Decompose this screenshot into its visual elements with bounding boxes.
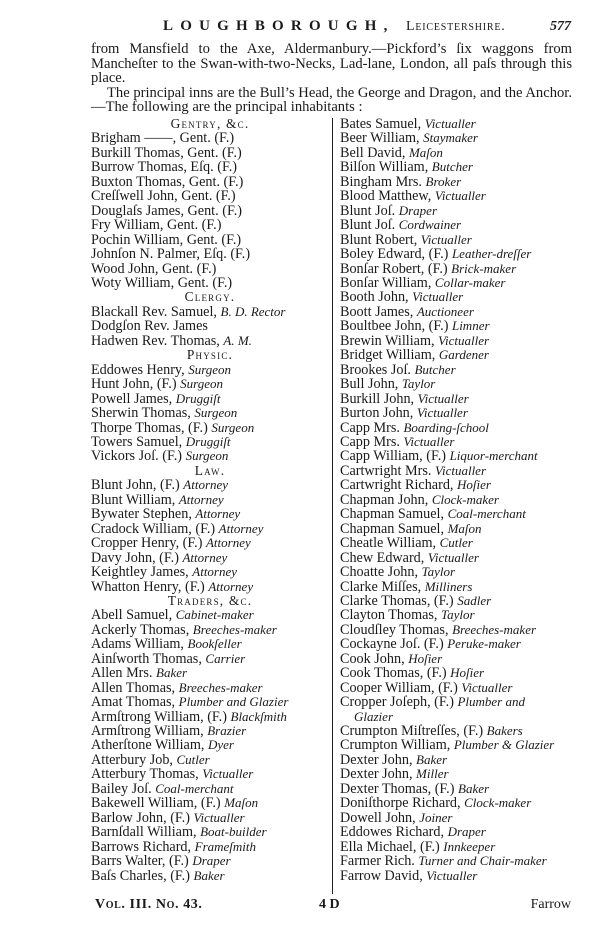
entry-occupation: Victualler [412,289,463,304]
directory-entry: Cockayne Joſ. (F.) Peruke-maker [340,637,575,651]
directory-entry: Thorpe Thomas, (F.) Surgeon [91,421,329,435]
directory-entry: Armſtrong William, Brazier [91,724,329,738]
entry-occupation: Coal-merchant [448,506,526,521]
directory-entry: Dexter Thomas, (F.) Baker [340,782,575,796]
entry-name: Baſs Charles, (F.) [91,868,190,884]
entry-occupation: Attorney [179,492,224,507]
directory-entry: Boultbee John, (F.) Limner [340,319,575,333]
directory-entry: Cook Thomas, (F.) Hoſier [340,666,575,680]
book-page: LOUGHBOROUGH, Leicestershire. 577 from M… [0,0,600,950]
entry-occupation: Glazier [354,709,393,724]
directory-entry: Bywater Stephen, Attorney [91,507,329,521]
directory-entry: Johnſon N. Palmer, Eſq. (F.) [91,247,329,261]
directory-entry: Pochin William, Gent. (F.) [91,233,329,247]
directory-entry: Clayton Thomas, Taylor [340,608,575,622]
directory-entry: Barnſdall William, Boat-builder [91,825,329,839]
entry-occupation: Victualler [403,434,454,449]
directory-entry: Dowell John, Joiner [340,811,575,825]
directory-entry: Capp Mrs. Victualler [340,435,575,449]
entry-occupation: Plumber & Glazier [454,737,554,752]
entry-occupation: Cabinet-maker [176,607,254,622]
entry-occupation: Limner [452,318,490,333]
directory-entry: Burkill John, Victualler [340,392,575,406]
entry-occupation: Victualler [426,868,477,883]
directory-entry: Chapman John, Clock-maker [340,493,575,507]
entry-occupation: Baker [458,781,489,796]
directory-entry: Atherſtone William, Dyer [91,738,329,752]
directory-entry: Davy John, (F.) Attorney [91,551,329,565]
page-footer: Vol. III. No. 43. 4 D Farrow [90,897,575,915]
directory-entry: Cropper Henry, (F.) Attorney [91,536,329,550]
header-county: Leicestershire. [406,19,506,35]
entry-occupation: Maſon [448,521,482,536]
entry-occupation: Dyer [208,737,234,752]
entry-occupation: Draper [399,203,437,218]
entry-occupation: Victualler [417,405,468,420]
entry-occupation: Victualler [438,333,489,348]
directory-entry: Powell James, Druggiſt [91,392,329,406]
directory-entry: Cartwright Richard, Hoſier [340,478,575,492]
directory-entry: Whatton Henry, (F.) Attorney [91,580,329,594]
directory-entry: Douglaſs James, Gent. (F.) [91,204,329,218]
directory-entry: Keightley James, Attorney [91,565,329,579]
directory-entry: Atterbury Job, Cutler [91,753,329,767]
entry-occupation: Attorney [192,564,237,579]
directory-entry: Vickors Joſ. (F.) Surgeon [91,449,329,463]
entry-occupation: Attorney [219,521,264,536]
entry-occupation: Maſon [224,795,258,810]
entry-occupation: Surgeon [186,448,229,463]
entry-occupation: Victualler [202,766,253,781]
entry-occupation: Blackſmith [231,709,287,724]
directory-entry: Sherwin Thomas, Surgeon [91,406,329,420]
entry-occupation: Draper [192,853,230,868]
directory-entry: Farrow David, Victualler [340,869,575,883]
entry-occupation: Victualler [194,810,245,825]
directory-entry: Fry William, Gent. (F.) [91,218,329,232]
directory-entry: Barrows Richard, Frameſmith [91,840,329,854]
directory-entry: Cook John, Hoſier [340,652,575,666]
directory-entry: Abell Samuel, Cabinet-maker [91,608,329,622]
entry-name: Farrow David, [340,868,423,884]
entry-occupation: Maſon [409,145,443,160]
directory-entry: Hadwen Rev. Thomas, A. M. [91,334,329,348]
entry-occupation: Baker [416,752,447,767]
directory-entry: Blunt Joſ. Cordwainer [340,218,575,232]
directory-entry: Choatte John, Taylor [340,565,575,579]
entry-occupation: Breeches-maker [193,622,277,637]
directory-entry: Burkill Thomas, Gent. (F.) [91,146,329,160]
directory-entry: Clarke Thomas, (F.) Sadler [340,594,575,608]
directory-entry: Baſs Charles, (F.) Baker [91,869,329,883]
directory-entry: Cloudſley Thomas, Breeches-maker [340,623,575,637]
entry-occupation: Attorney [182,550,227,565]
entry-occupation: Taylor [441,607,474,622]
directory-entry: Bell David, Maſon [340,146,575,160]
directory-entry: Clarke Miſſes, Milliners [340,580,575,594]
entry-occupation: Surgeon [211,420,254,435]
entry-occupation: Bakers [487,723,523,738]
entry-occupation: Clock-maker [432,492,499,507]
entry-occupation: Staymaker [423,130,478,145]
directory-entry: Barlow John, (F.) Victualler [91,811,329,825]
section-heading: Law. [91,464,329,478]
entry-occupation: Miller [416,766,449,781]
directory-entry: Boott James, Auctioneer [340,305,575,319]
entry-occupation: Cutler [177,752,210,767]
directory-entry: Blood Matthew, Victualler [340,189,575,203]
entry-name: Vickors Joſ. (F.) [91,448,182,464]
directory-entry: Burton John, Victualler [340,406,575,420]
entry-occupation: Plumber and [457,694,525,709]
entry-occupation: Innkeeper [443,839,495,854]
entry-occupation: Taylor [422,564,455,579]
directory-entry: Brewin William, Victualler [340,334,575,348]
entry-occupation: Draper [448,824,486,839]
directory-entry: Eddowes Richard, Draper [340,825,575,839]
entry-occupation: Victualler [428,550,479,565]
entry-occupation: Breeches-maker [452,622,536,637]
entry-occupation: Attorney [195,506,240,521]
directory-entry: Farmer Rich. Turner and Chair-maker [340,854,575,868]
entry-occupation: Peruke-maker [447,636,521,651]
entry-occupation: Brazier [207,723,246,738]
entry-occupation: Victualler [461,680,512,695]
entry-occupation: Hoſier [450,665,484,680]
entry-continuation: Glazier [340,710,575,724]
directory-entry: Cartwright Mrs. Victualler [340,464,575,478]
entry-occupation: Coal-merchant [155,781,233,796]
directory-entry: Burrow Thomas, Eſq. (F.) [91,160,329,174]
section-heading: Clergy. [91,290,329,304]
intro-paragraph-1: from Mansfield to the Axe, Aldermanbury.… [91,42,572,86]
directory-entry: Allen Mrs. Baker [91,666,329,680]
entry-occupation: Joiner [419,810,452,825]
catchword: Farrow [531,897,571,913]
directory-entry: Boley Edward, (F.) Leather-dreſſer [340,247,575,261]
directory-entry: Ackerly Thomas, Breeches-maker [91,623,329,637]
directory-entry: Bull John, Taylor [340,377,575,391]
left-column-directory: Gentry, &c.Brigham ——, Gent. (F.)Burkill… [91,117,329,883]
directory-entry: Atterbury Thomas, Victualler [91,767,329,781]
directory-entry: Blunt Joſ. Draper [340,204,575,218]
entry-occupation: Baker [156,665,187,680]
section-heading: Gentry, &c. [91,117,329,131]
entry-occupation: Taylor [402,376,435,391]
directory-entry: Doniſthorpe Richard, Clock-maker [340,796,575,810]
page-number: 577 [550,19,571,35]
section-heading: Traders, &c. [91,594,329,608]
entry-occupation: Druggiſt [176,391,221,406]
entry-occupation: Carrier [205,651,245,666]
directory-entry: Bilſon William, Butcher [340,160,575,174]
entry-occupation: B. D. Rector [221,304,286,319]
directory-entry: Bingham Mrs. Broker [340,175,575,189]
directory-entry: Capp William, (F.) Liquor-merchant [340,449,575,463]
directory-entry: Dexter John, Baker [340,753,575,767]
entry-occupation: Auctioneer [417,304,474,319]
directory-entry: Booth John, Victualler [340,290,575,304]
directory-entry: Cropper Joſeph, (F.) Plumber and [340,695,575,709]
intro-text: from Mansfield to the Axe, Aldermanbury.… [91,42,572,115]
entry-occupation: Plumber and Glazier [179,694,289,709]
directory-entry: Capp Mrs. Boarding-ſchool [340,421,575,435]
directory-entry: Chapman Samuel, Coal-merchant [340,507,575,521]
entry-occupation: Victualler [435,463,486,478]
entry-occupation: Clock-maker [464,795,531,810]
directory-entry: Barrs Walter, (F.) Draper [91,854,329,868]
directory-entry: Dexter John, Miller [340,767,575,781]
directory-entry: Blackall Rev. Samuel, B. D. Rector [91,305,329,319]
entry-occupation: Bookſeller [188,636,242,651]
entry-occupation: Cordwainer [399,217,461,232]
entry-occupation: Butcher [432,159,473,174]
directory-entry: Creſſwell John, Gent. (F.) [91,189,329,203]
entry-occupation: Attorney [183,477,228,492]
entry-occupation: Surgeon [188,362,231,377]
entry-occupation: Boarding-ſchool [403,420,488,435]
directory-entry: Ainſworth Thomas, Carrier [91,652,329,666]
entry-occupation: Cutler [440,535,473,550]
entry-occupation: Leather-dreſſer [452,246,531,261]
directory-entry: Brookes Joſ. Butcher [340,363,575,377]
entry-occupation: Hoſier [457,477,491,492]
entry-occupation: Butcher [414,362,455,377]
directory-entry: Crumpton Miſtreſſes, (F.) Bakers [340,724,575,738]
directory-entry: Amat Thomas, Plumber and Glazier [91,695,329,709]
directory-entry: Bridget William, Gardener [340,348,575,362]
entry-occupation: Brick-maker [451,261,516,276]
running-header: LOUGHBOROUGH, Leicestershire. 577 [88,18,573,38]
entry-occupation: Surgeon [180,376,223,391]
directory-entry: Cooper William, (F.) Victualler [340,681,575,695]
entry-occupation: Milliners [425,579,473,594]
directory-entry: Brigham ——, Gent. (F.) [91,131,329,145]
directory-entry: Ella Michael, (F.) Innkeeper [340,840,575,854]
directory-entry: Blunt John, (F.) Attorney [91,478,329,492]
directory-entry: Bonſar William, Collar-maker [340,276,575,290]
right-column-directory: Bates Samuel, VictuallerBeer William, St… [340,117,575,883]
entry-occupation: Victualler [421,232,472,247]
entry-occupation: Attorney [208,579,253,594]
entry-occupation: Victualler [425,116,476,131]
directory-entry: Bailey Joſ. Coal-merchant [91,782,329,796]
entry-occupation: Hoſier [408,651,442,666]
entry-occupation: Baker [194,868,225,883]
intro-paragraph-2: The principal inns are the Bull’s Head, … [91,86,572,115]
header-city: LOUGHBOROUGH, [163,18,395,35]
signature-mark: 4 D [319,897,340,913]
directory-entry: Bates Samuel, Victualler [340,117,575,131]
directory-entry: Bakewell William, (F.) Maſon [91,796,329,810]
directory-entry: Towers Samuel, Druggiſt [91,435,329,449]
entry-occupation: Turner and Chair-maker [418,853,546,868]
directory-entry: Blunt Robert, Victualler [340,233,575,247]
entry-occupation: Sadler [457,593,491,608]
directory-entry: Chapman Samuel, Maſon [340,522,575,536]
directory-entry: Beer William, Staymaker [340,131,575,145]
entry-occupation: Broker [426,174,462,189]
entry-occupation: A. M. [223,333,252,348]
directory-entry: Armſtrong William, (F.) Blackſmith [91,710,329,724]
entry-occupation: Victualler [418,391,469,406]
directory-entry: Crumpton William, Plumber & Glazier [340,738,575,752]
directory-entry: Cheatle William, Cutler [340,536,575,550]
entry-occupation: Victualler [435,188,486,203]
entry-occupation: Attorney [206,535,251,550]
directory-entry: Cradock William, (F.) Attorney [91,522,329,536]
entry-occupation: Frameſmith [195,839,256,854]
column-divider [332,118,333,894]
entry-occupation: Liquor-merchant [450,448,538,463]
directory-entry: Bonſar Robert, (F.) Brick-maker [340,262,575,276]
entry-occupation: Breeches-maker [179,680,263,695]
directory-entry: Adams William, Bookſeller [91,637,329,651]
directory-entry: Wood John, Gent. (F.) [91,262,329,276]
entry-occupation: Druggiſt [186,434,231,449]
entry-occupation: Boat-builder [200,824,266,839]
volume-number: Vol. III. No. 43. [95,897,203,913]
directory-entry: Buxton Thomas, Gent. (F.) [91,175,329,189]
directory-entry: Blunt William, Attorney [91,493,329,507]
entry-occupation: Gardener [439,347,489,362]
entry-occupation: Collar-maker [435,275,506,290]
section-heading: Physic. [91,348,329,362]
directory-entry: Eddowes Henry, Surgeon [91,363,329,377]
entry-occupation: Surgeon [194,405,237,420]
directory-entry: Hunt John, (F.) Surgeon [91,377,329,391]
directory-entry: Woty William, Gent. (F.) [91,276,329,290]
directory-entry: Chew Edward, Victualler [340,551,575,565]
directory-entry: Allen Thomas, Breeches-maker [91,681,329,695]
directory-entry: Dodgſon Rev. James [91,319,329,333]
